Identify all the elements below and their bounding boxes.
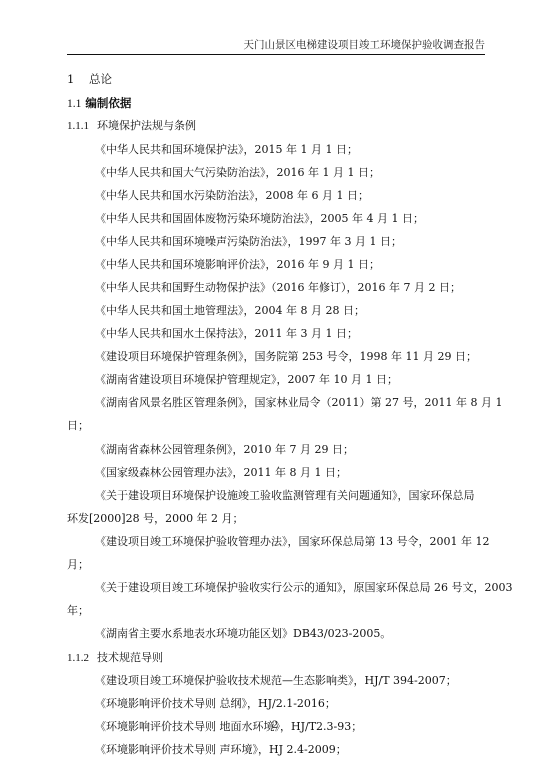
law-item: 《湖南省主要水系地表水环境功能区划》DB43/023-2005。: [95, 627, 391, 641]
section-title: 编制依据: [85, 96, 131, 110]
law-item: 《中华人民共和国野生动物保护法》（2016 年修订），2016 年 7 月 2 …: [95, 281, 461, 295]
section-heading-1-1: 1.1编制依据: [67, 96, 131, 111]
law-item: 《湖南省建设项目环境保护管理规定》，2007 年 10 月 1 日；: [95, 373, 398, 387]
law-item: 《中华人民共和国大气污染防治法》，2016 年 1 月 1 日；: [95, 166, 380, 180]
law-item-continuation: 环发[2000]28 号，2000 年 2 月；: [67, 512, 244, 526]
law-item: 《中华人民共和国水土保持法》，2011 年 3 月 1 日；: [95, 327, 358, 341]
law-item: 《湖南省风景名胜区管理条例》，国家林业局令（2011）第 27 号，2011 年…: [95, 396, 502, 410]
law-item: 《关于建设项目竣工环境保护验收实行公示的通知》，原国家环保总局 26 号文，20…: [95, 581, 512, 595]
law-item: 《中华人民共和国环境影响评价法》，2016 年 9 月 1 日；: [95, 258, 380, 272]
law-item-continuation: 月；: [67, 558, 89, 572]
law-item: 《湖南省森林公园管理条例》，2010 年 7 月 29 日；: [95, 443, 354, 457]
running-header: 天门山景区电梯建设项目竣工环境保护验收调查报告: [67, 38, 485, 55]
law-item: 《国家级森林公园管理办法》，2011 年 8 月 1 日；: [95, 466, 347, 480]
section-number: 1.1: [67, 98, 81, 110]
law-item: 《建设项目竣工环境保护验收管理办法》，国家环保总局第 13 号令，2001 年 …: [95, 535, 489, 549]
law-item-continuation: 年；: [67, 604, 89, 618]
section-number: 1.1.2: [67, 651, 97, 665]
section-heading-1-1-2: 1.1.2技术规范导则: [67, 651, 163, 665]
section-heading-1-1-1: 1.1.1环境保护法规与条例: [67, 119, 196, 133]
law-item: 《中华人民共和国土地管理法》，2004 年 8 月 28 日；: [95, 304, 365, 318]
section-heading-1: 1总论: [67, 72, 112, 86]
report-title: 天门山景区电梯建设项目竣工环境保护验收调查报告: [244, 39, 486, 51]
standard-item: 《环境影响评价技术导则 总纲》，HJ/2.1-2016；: [95, 697, 336, 711]
law-item: 《中华人民共和国水污染防治法》，2008 年 6 月 1 日；: [95, 189, 369, 203]
law-item-continuation: 日；: [67, 419, 89, 433]
law-item: 《关于建设项目环境保护设施竣工验收监测管理有关问题通知》，国家环保总局: [95, 489, 475, 503]
law-item: 《中华人民共和国环境噪声污染防治法》，1997 年 3 月 1 日；: [95, 235, 402, 249]
section-title: 总论: [89, 72, 112, 86]
standard-item: 《建设项目竣工环境保护验收技术规范—生态影响类》，HJ/T 394-2007；: [95, 674, 457, 688]
section-number: 1: [67, 72, 89, 86]
section-title: 环境保护法规与条例: [97, 119, 196, 132]
page-number: 2: [0, 720, 550, 731]
law-item: 《中华人民共和国环境保护法》，2015 年 1 月 1 日；: [95, 143, 358, 157]
law-item: 《中华人民共和国固体废物污染环境防治法》，2005 年 4 月 1 日；: [95, 212, 424, 226]
section-title: 技术规范导则: [97, 651, 163, 664]
standard-item: 《环境影响评价技术导则 声环境》，HJ 2.4-2009；: [95, 743, 347, 757]
section-number: 1.1.1: [67, 119, 97, 133]
law-item: 《建设项目环境保护管理条例》，国务院第 253 号令，1998 年 11 月 2…: [95, 350, 477, 364]
